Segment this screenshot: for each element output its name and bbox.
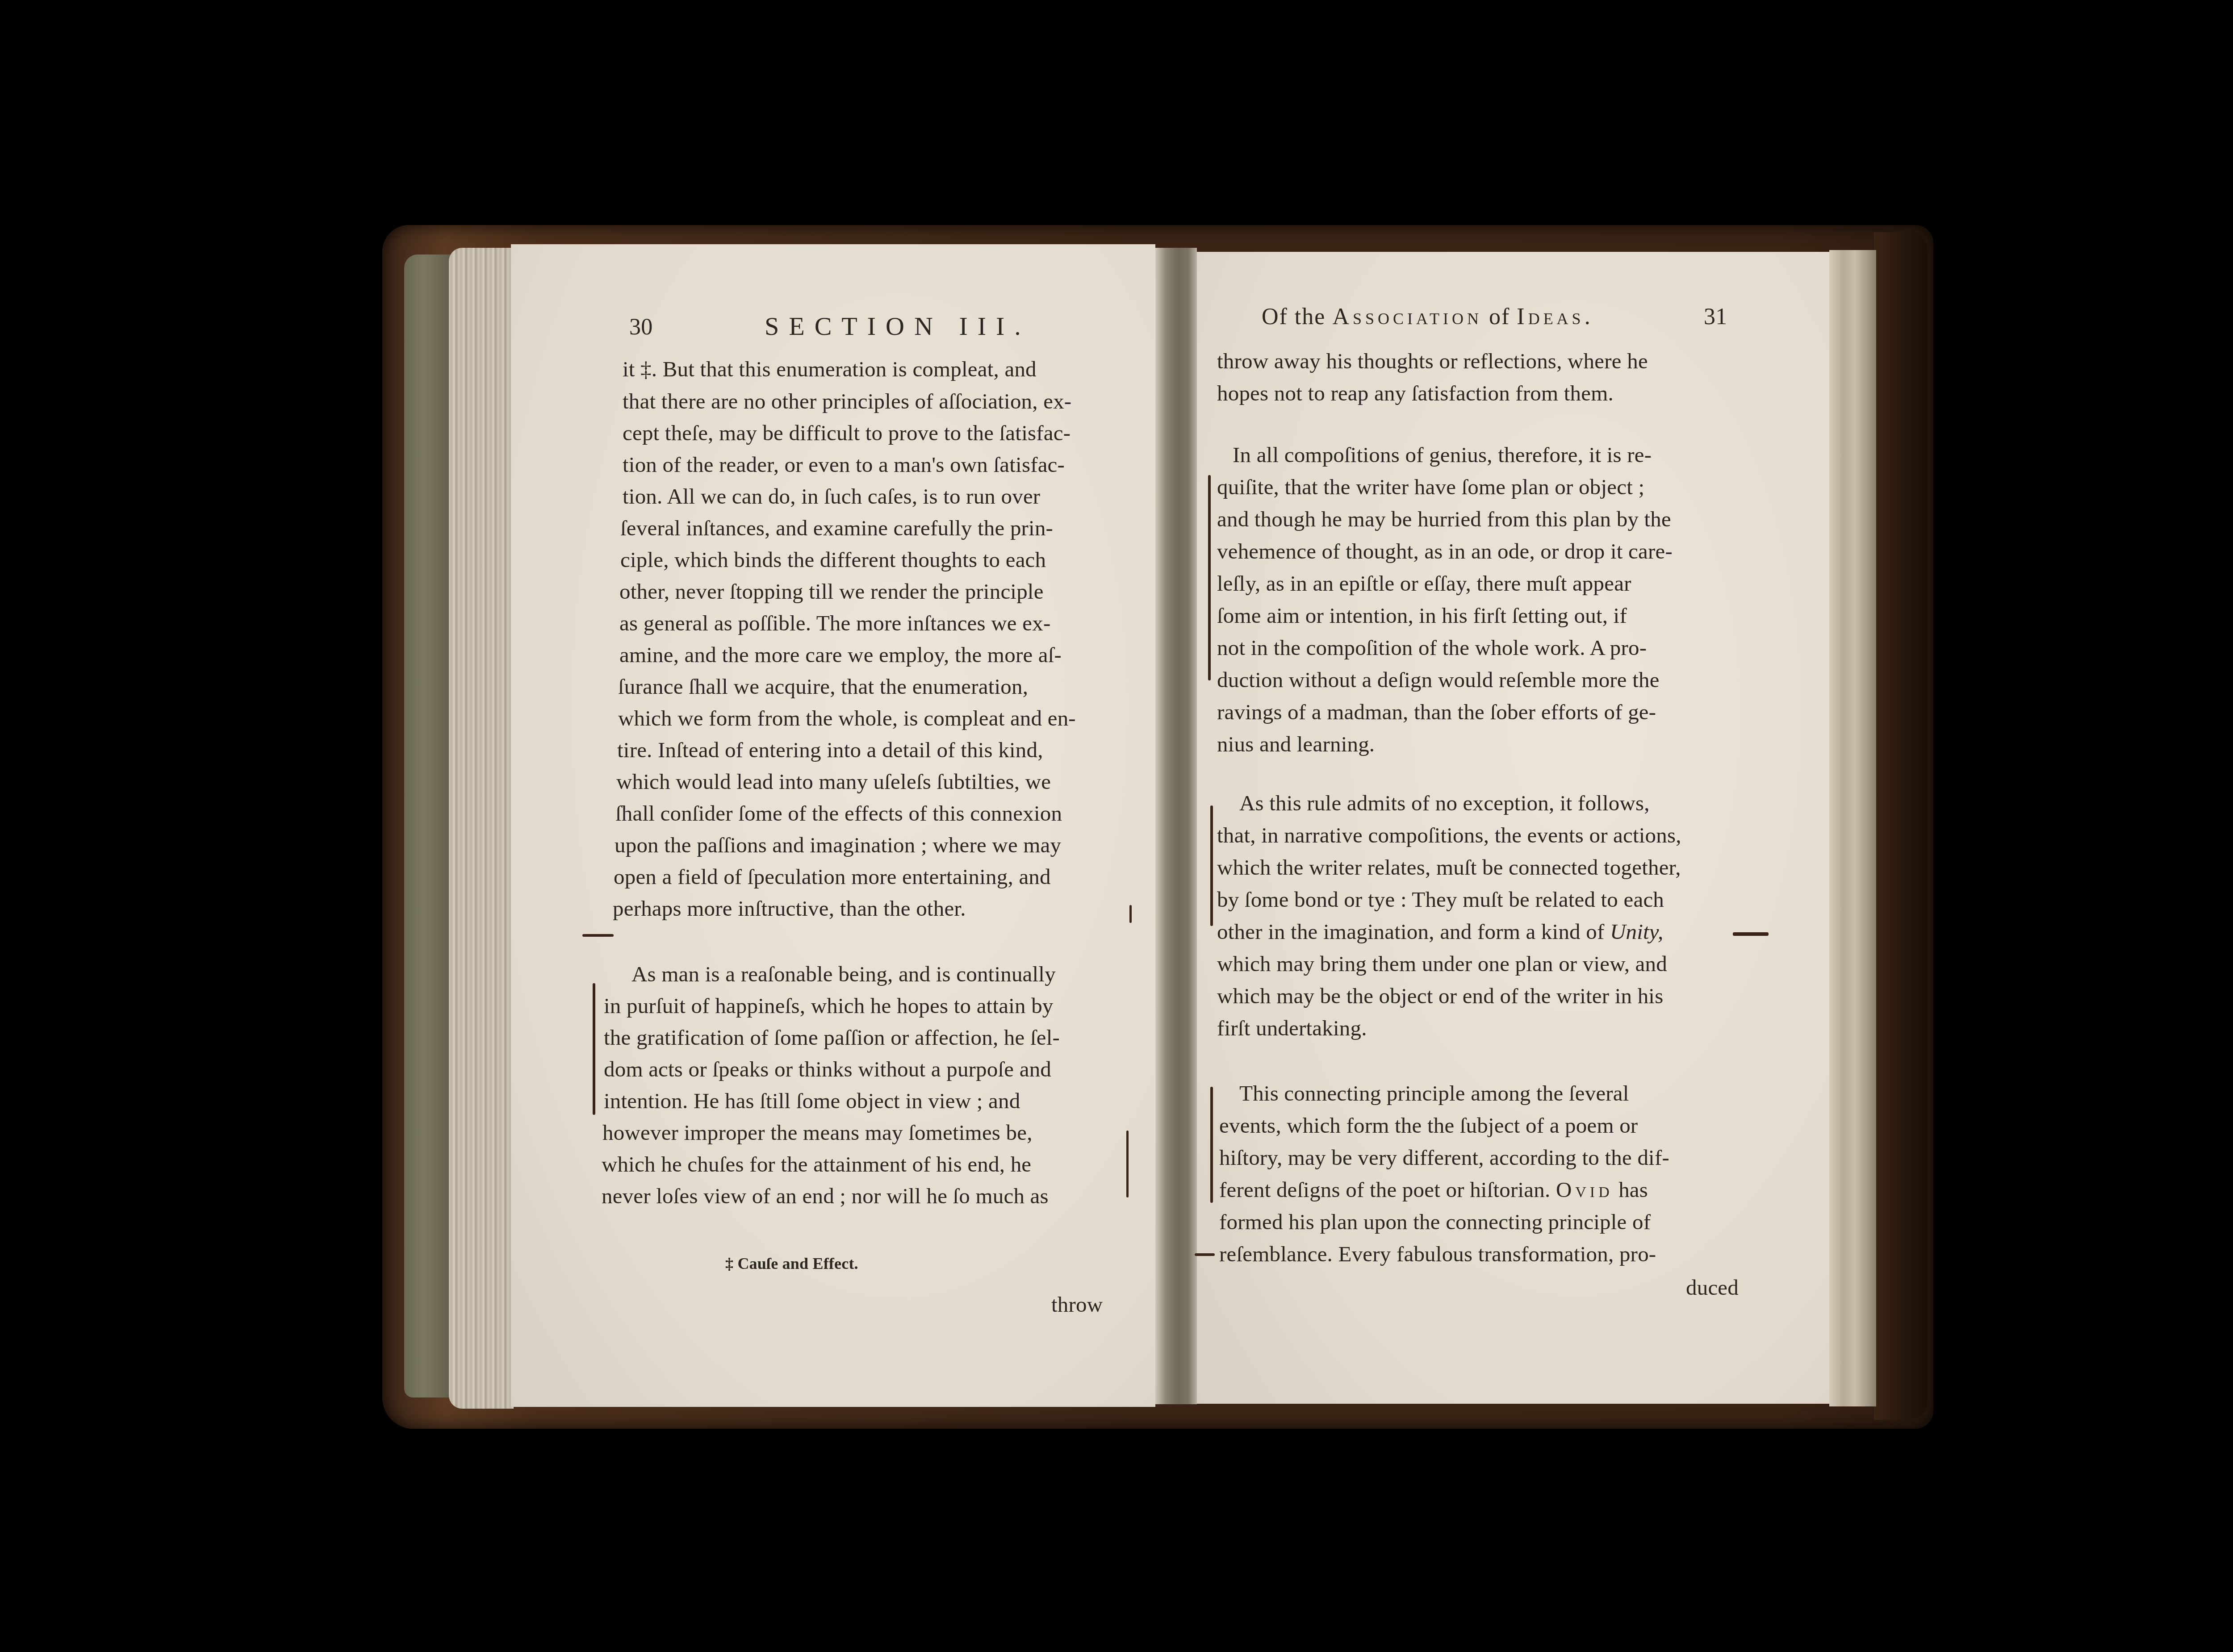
pencil-bracket <box>1208 475 1211 680</box>
text-line: ſhall conſider ſome of the effects of th… <box>615 802 1062 824</box>
running-head-ideas: Ideas. <box>1517 304 1593 330</box>
text-line: which may bring them under one plan or v… <box>1217 953 1667 975</box>
text-line: which he chuſes for the attainment of hi… <box>602 1153 1031 1175</box>
text-line: which we form from the whole, is complea… <box>618 707 1076 729</box>
text-line: which the writer relates, muſt be connec… <box>1217 856 1681 878</box>
text-line: As this rule admits of no exception, it … <box>1239 792 1650 814</box>
catchword: duced <box>1686 1277 1739 1298</box>
left-page-edges <box>449 248 514 1409</box>
pencil-mark <box>582 934 614 937</box>
running-head: Of the Association of Ideas. <box>1262 305 1594 329</box>
text-line: formed his plan upon the connecting prin… <box>1219 1211 1651 1233</box>
pencil-bracket <box>1210 1087 1213 1203</box>
text-line: perhaps more inſtructive, than the other… <box>613 897 966 919</box>
text-line: This connecting principle among the ſeve… <box>1239 1082 1629 1104</box>
pencil-mark <box>1733 932 1769 936</box>
text-line: by ſome bond or tye : They muſt be relat… <box>1217 889 1664 910</box>
text-line: upon the paſſions and imagination ; wher… <box>615 834 1061 856</box>
text-line: leſly, as in an epiſtle or eſſay, there … <box>1217 572 1631 594</box>
text-line: never loſes view of an end ; nor will he… <box>602 1185 1049 1207</box>
right-page-edges <box>1829 250 1876 1406</box>
text-line: that, in narrative compoſitions, the eve… <box>1217 824 1681 846</box>
text-line: ferent deſigns of the poet or hiſtorian.… <box>1219 1179 1648 1201</box>
text-line: As man is a reaſonable being, and is con… <box>631 963 1056 985</box>
text-line: ravings of a madman, than the ſober effo… <box>1217 701 1656 723</box>
book-gutter <box>1155 248 1197 1404</box>
text-line: it ‡. But that this enumeration is compl… <box>623 358 1037 380</box>
pencil-bracket <box>593 983 595 1115</box>
page-number: 30 <box>629 316 652 339</box>
text-line: amine, and the more care we employ, the … <box>619 644 1062 666</box>
text-line: In all compoſitions of genius, therefore… <box>1233 444 1652 466</box>
running-head-association: Association <box>1332 304 1482 330</box>
text-line: events, which form the the ſubject of a … <box>1219 1114 1638 1136</box>
text-line: cept theſe, may be difficult to prove to… <box>623 422 1071 444</box>
text-line: not in the compoſition of the whole work… <box>1217 637 1647 659</box>
text-line: tion. All we can do, in ſuch caſes, is t… <box>623 485 1040 507</box>
italic-word-unity: Unity, <box>1610 919 1664 944</box>
text-line: vehemence of thought, as in an ode, or d… <box>1217 540 1673 562</box>
page-number: 31 <box>1704 305 1727 329</box>
text-span: other in the imagination, and form a kin… <box>1217 919 1610 944</box>
text-line: duction without a deſign would reſemble … <box>1217 669 1660 691</box>
footnote: ‡ Cauſe and Effect. <box>725 1256 858 1272</box>
text-line: other, never ſtopping till we render the… <box>619 580 1044 602</box>
text-line: intention. He has ſtill ſome object in v… <box>604 1090 1020 1112</box>
text-line: quiſite, that the writer have ſome plan … <box>1217 476 1644 498</box>
text-line: throw away his thoughts or reflections, … <box>1217 350 1648 372</box>
right-page: Of the Association of Ideas. 31 throw aw… <box>1197 252 1829 1404</box>
text-line: ſome aim or intention, in his firſt ſett… <box>1217 605 1627 626</box>
running-head-prefix: Of the <box>1262 304 1332 330</box>
text-line: ciple, which binds the different thought… <box>620 549 1046 571</box>
text-line: in purſuit of happineſs, which he hopes … <box>604 995 1054 1017</box>
cover-pastedown <box>404 254 453 1398</box>
catchword: throw <box>1051 1293 1103 1315</box>
pencil-mark <box>1195 1253 1215 1256</box>
text-line: other in the imagination, and form a kin… <box>1217 921 1664 943</box>
text-line: which may be the object or end of the wr… <box>1217 985 1663 1007</box>
text-line: ſeveral inſtances, and examine carefully… <box>620 517 1053 539</box>
text-line: reſemblance. Every fabulous transformati… <box>1219 1243 1656 1265</box>
text-line: however improper the means may ſometimes… <box>602 1122 1033 1143</box>
right-cover-board <box>1874 232 1928 1420</box>
text-line: ſurance ſhall we acquire, that the enume… <box>618 676 1028 697</box>
text-line: tire. Inſtead of entering into a detail … <box>617 739 1043 761</box>
text-span: ferent deſigns of the poet or hiſtorian. <box>1219 1177 1556 1202</box>
name-ovid: Ovid <box>1556 1177 1613 1202</box>
pencil-mark <box>1129 905 1132 923</box>
text-line: as general as poſſible. The more inſtanc… <box>619 612 1050 634</box>
pencil-mark <box>1126 1131 1129 1197</box>
text-line: dom acts or ſpeaks or thinks without a p… <box>604 1058 1051 1080</box>
text-line: and though he may be hurried from this p… <box>1217 508 1671 530</box>
text-line: open a field of ſpeculation more enterta… <box>614 866 1051 888</box>
running-head: SECTION III. <box>765 313 1031 339</box>
text-line: firſt undertaking. <box>1217 1017 1367 1039</box>
text-line: tion of the reader, or even to a man's o… <box>623 454 1065 476</box>
text-line: nius and learning. <box>1217 733 1375 755</box>
text-line: hopes not to reap any ſatisfaction from … <box>1217 382 1614 404</box>
text-line: hiſtory, may be very different, accordin… <box>1219 1147 1669 1168</box>
text-span: has <box>1613 1177 1648 1202</box>
text-line: the gratification of ſome paſſion or aff… <box>604 1026 1060 1048</box>
running-head-of: of <box>1482 304 1517 330</box>
pencil-bracket <box>1210 805 1213 926</box>
text-line: that there are no other principles of aſ… <box>623 390 1071 412</box>
text-line: which would lead into many uſeleſs ſubti… <box>616 771 1051 793</box>
left-page: 30 SECTION III. it ‡. But that this enum… <box>511 244 1155 1407</box>
